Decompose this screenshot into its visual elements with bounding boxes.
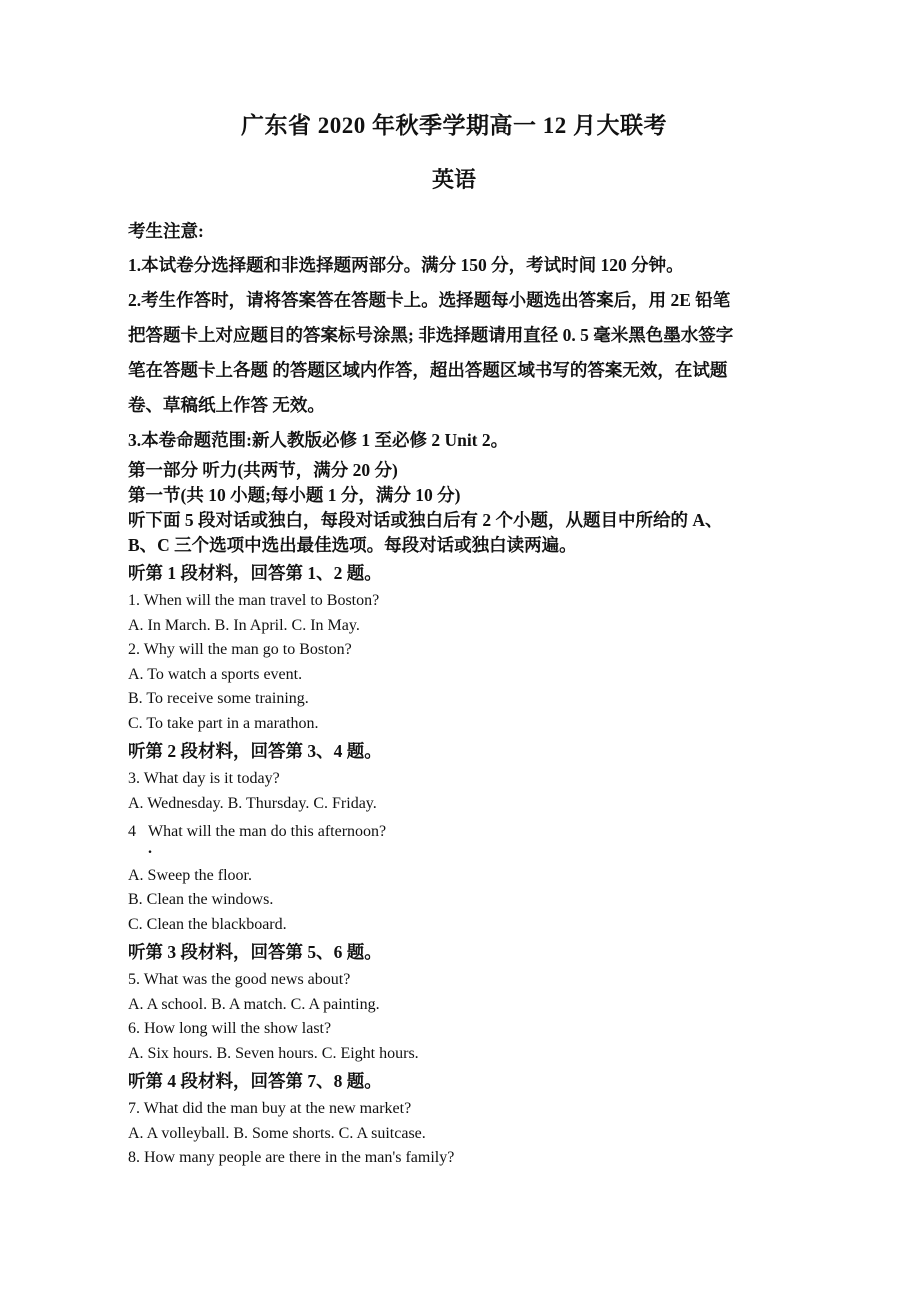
listening-block4-header: 听第 4 段材料，回答第 7、8 题。 — [128, 1069, 780, 1094]
part1-heading: 第一部分 听力(共两节，满分 20 分) — [128, 458, 780, 483]
notice-line-1: 1.本试卷分选择题和非选择题两部分。满分 150 分，考试时间 120 分钟。 — [128, 248, 780, 283]
listening-block1-header: 听第 1 段材料，回答第 1、2 题。 — [128, 561, 780, 586]
question-line: 8. How many people are there in the man'… — [128, 1146, 780, 1171]
options-line: A. A volleyball. B. Some shorts. C. A su… — [128, 1122, 780, 1147]
question-line: 3. What day is it today? — [128, 767, 780, 792]
part1-section1-heading: 第一节(共 10 小题;每小题 1 分，满分 10 分) — [128, 483, 780, 508]
option-line: A. Sweep the floor. — [128, 864, 780, 889]
listening-instructions-line: B、C 三个选项中选出最佳选项。每段对话或独白读两遍。 — [128, 533, 780, 558]
question4-number: 4 — [128, 820, 136, 845]
question-line: 1. When will the man travel to Boston? — [128, 589, 780, 614]
notice-line-2-cont: 卷、草稿纸上作答 无效。 — [128, 388, 780, 423]
listening-block3-header: 听第 3 段材料，回答第 5、6 题。 — [128, 940, 780, 965]
listening-instructions-line: 听下面 5 段对话或独白，每段对话或独白后有 2 个小题，从题目中所给的 A、 — [128, 508, 780, 533]
option-line: C. Clean the blackboard. — [128, 913, 780, 938]
exam-subject: 英语 — [128, 166, 780, 194]
notice-line-2-cont: 笔在答题卡上各题 的答题区域内作答，超出答题区域书写的答案无效，在试题 — [128, 353, 780, 388]
option-line: B. To receive some training. — [128, 687, 780, 712]
question4-text: What will the man do this afternoon? — [148, 820, 386, 845]
question-line: 6. How long will the show last? — [128, 1017, 780, 1042]
question-line: 5. What was the good news about? — [128, 968, 780, 993]
notice-line-2: 2.考生作答时，请将答案答在答题卡上。选择题每小题选出答案后，用 2E 铅笔 — [128, 283, 780, 318]
options-line: A. Wednesday. B. Thursday. C. Friday. — [128, 792, 780, 817]
options-line: A. Six hours. B. Seven hours. C. Eight h… — [128, 1042, 780, 1067]
listening-block2-header: 听第 2 段材料，回答第 3、4 题。 — [128, 739, 780, 764]
question4-stray-period: . — [128, 845, 780, 862]
option-line: B. Clean the windows. — [128, 888, 780, 913]
exam-title: 广东省 2020 年秋季学期高一 12 月大联考 — [128, 112, 780, 140]
option-line: C. To take part in a marathon. — [128, 712, 780, 737]
question-line: 7. What did the man buy at the new marke… — [128, 1097, 780, 1122]
notice-heading: 考生注意: — [128, 218, 780, 244]
question-line-q4: 4What will the man do this afternoon? — [128, 820, 780, 845]
notice-line-3: 3.本卷命题范围:新人教版必修 1 至必修 2 Unit 2。 — [128, 423, 780, 458]
options-line: A. A school. B. A match. C. A painting. — [128, 993, 780, 1018]
exam-paper-page: 广东省 2020 年秋季学期高一 12 月大联考 英语 考生注意: 1.本试卷分… — [0, 0, 920, 1302]
question-line: 2. Why will the man go to Boston? — [128, 638, 780, 663]
options-line: A. In March. B. In April. C. In May. — [128, 614, 780, 639]
option-line: A. To watch a sports event. — [128, 663, 780, 688]
notice-line-2-cont: 把答题卡上对应题目的答案标号涂黑; 非选择题请用直径 0. 5 毫米黑色墨水签字 — [128, 318, 780, 353]
